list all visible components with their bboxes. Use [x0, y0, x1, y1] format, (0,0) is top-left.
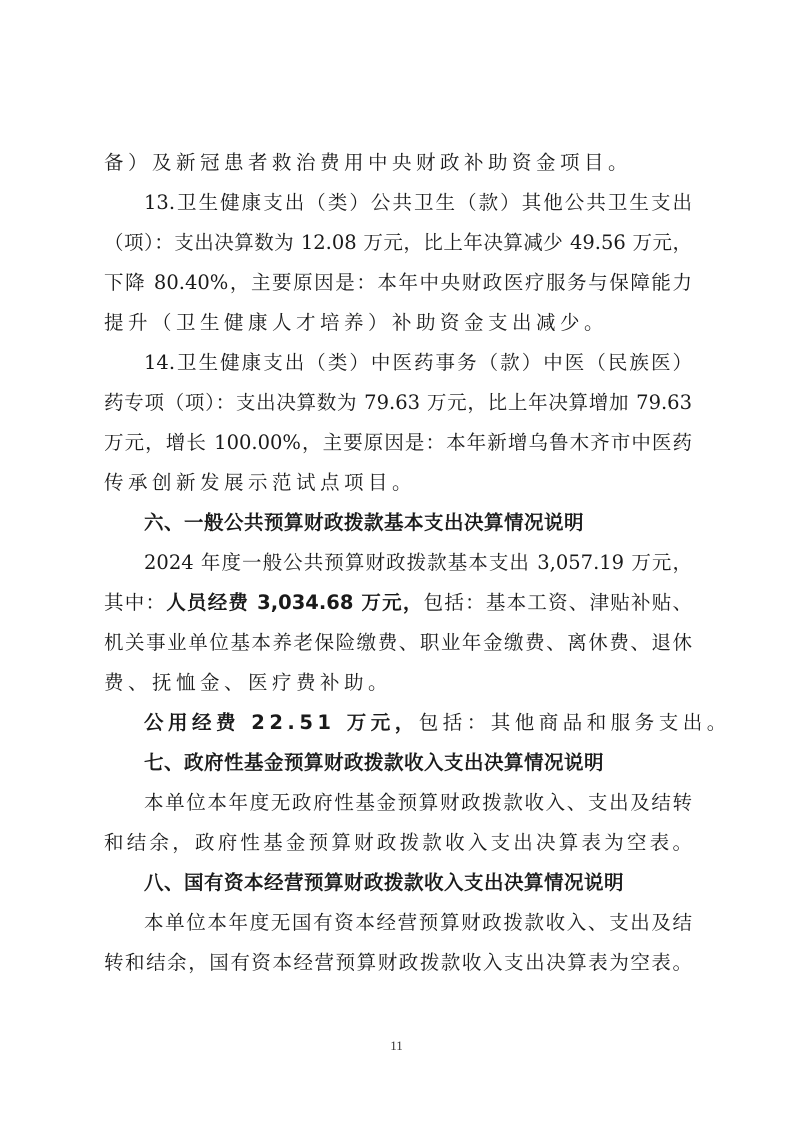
text-segment: 包括：基本工资、津贴补贴、 — [424, 591, 692, 614]
paragraph-line: 万元，增长 100.00%，主要原因是：本年新增乌鲁木齐市中医药 — [104, 423, 692, 463]
paragraph-line: 机关事业单位基本养老保险缴费、职业年金缴费、离休费、退休 — [104, 623, 692, 663]
item-13-line: 13.卫生健康支出（类）公共卫生（款）其他公共卫生支出 — [104, 183, 692, 223]
text-line: 下降 80.40%，主要原因是：本年中央财政医疗服务与保障能力 — [104, 263, 692, 303]
text-line: （项）：支出决算数为 12.08 万元，比上年决算减少 49.56 万元， — [104, 223, 692, 263]
personnel-expense-bold: 人员经费 3,034.68 万元， — [166, 591, 423, 614]
text-line: 费、抚恤金、医疗费补助。 — [104, 663, 692, 703]
paragraph-line: 下降 80.40%，主要原因是：本年中央财政医疗服务与保障能力 — [104, 263, 692, 303]
page-number: 11 — [0, 1038, 793, 1054]
heading-text: 六、一般公共预算财政拨款基本支出决算情况说明 — [144, 503, 692, 543]
paragraph-line: 提升（卫生健康人才培养）补助资金支出减少。 — [104, 303, 692, 343]
text-line: 14.卫生健康支出（类）中医药事务（款）中医（民族医） — [144, 343, 692, 383]
paragraph-line: 备）及新冠患者救治费用中央财政补助资金项目。 — [104, 143, 692, 183]
text-line: 传承创新发展示范试点项目。 — [104, 463, 692, 503]
text-line: 2024 年度一般公共预算财政拨款基本支出 3,057.19 万元， — [144, 543, 692, 583]
text-line: 13.卫生健康支出（类）公共卫生（款）其他公共卫生支出 — [144, 183, 692, 223]
paragraph-line: 公用经费 22.51 万元，包括：其他商品和服务支出。 — [104, 703, 692, 743]
text-line: 药专项（项）：支出决算数为 79.63 万元，比上年决算增加 79.63 — [104, 383, 692, 423]
paragraph-line: （项）：支出决算数为 12.08 万元，比上年决算减少 49.56 万元， — [104, 223, 692, 263]
text-line: 本单位本年度无国有资本经营预算财政拨款收入、支出及结 — [144, 903, 692, 943]
paragraph-line: 本单位本年度无国有资本经营预算财政拨款收入、支出及结 — [104, 903, 692, 943]
text-segment: 包括：其他商品和服务支出。 — [419, 711, 731, 734]
paragraph-line: 传承创新发展示范试点项目。 — [104, 463, 692, 503]
paragraph-line: 费、抚恤金、医疗费补助。 — [104, 663, 692, 703]
text-line: 其中：人员经费 3,034.68 万元，包括：基本工资、津贴补贴、 — [104, 583, 692, 623]
item-14-line: 14.卫生健康支出（类）中医药事务（款）中医（民族医） — [104, 343, 692, 383]
paragraph-line: 本单位本年度无政府性基金预算财政拨款收入、支出及结转 — [104, 783, 692, 823]
text-line: 和结余，政府性基金预算财政拨款收入支出决算表为空表。 — [104, 823, 692, 863]
text-line: 本单位本年度无政府性基金预算财政拨款收入、支出及结转 — [144, 783, 692, 823]
text-line: 提升（卫生健康人才培养）补助资金支出减少。 — [104, 303, 692, 343]
section-7-heading: 七、政府性基金预算财政拨款收入支出决算情况说明 — [104, 743, 692, 783]
heading-text: 七、政府性基金预算财政拨款收入支出决算情况说明 — [144, 743, 692, 783]
text-line: 公用经费 22.51 万元，包括：其他商品和服务支出。 — [144, 703, 692, 743]
text-line: 转和结余，国有资本经营预算财政拨款收入支出决算表为空表。 — [104, 943, 692, 983]
paragraph-line: 药专项（项）：支出决算数为 79.63 万元，比上年决算增加 79.63 — [104, 383, 692, 423]
public-expense-bold: 公用经费 22.51 万元， — [144, 711, 419, 734]
document-page: 备）及新冠患者救治费用中央财政补助资金项目。 13.卫生健康支出（类）公共卫生（… — [0, 0, 793, 1122]
section-8-heading: 八、国有资本经营预算财政拨款收入支出决算情况说明 — [104, 863, 692, 903]
text-line: 备）及新冠患者救治费用中央财政补助资金项目。 — [104, 143, 692, 183]
text-line: 机关事业单位基本养老保险缴费、职业年金缴费、离休费、退休 — [104, 623, 692, 663]
text-segment: 其中： — [104, 591, 166, 614]
paragraph-line: 其中：人员经费 3,034.68 万元，包括：基本工资、津贴补贴、 — [104, 583, 692, 623]
document-body: 备）及新冠患者救治费用中央财政补助资金项目。 13.卫生健康支出（类）公共卫生（… — [104, 143, 692, 983]
text-line: 万元，增长 100.00%，主要原因是：本年新增乌鲁木齐市中医药 — [104, 423, 692, 463]
paragraph-line: 和结余，政府性基金预算财政拨款收入支出决算表为空表。 — [104, 823, 692, 863]
heading-text: 八、国有资本经营预算财政拨款收入支出决算情况说明 — [144, 863, 692, 903]
paragraph-line: 2024 年度一般公共预算财政拨款基本支出 3,057.19 万元， — [104, 543, 692, 583]
section-6-heading: 六、一般公共预算财政拨款基本支出决算情况说明 — [104, 503, 692, 543]
paragraph-line: 转和结余，国有资本经营预算财政拨款收入支出决算表为空表。 — [104, 943, 692, 983]
